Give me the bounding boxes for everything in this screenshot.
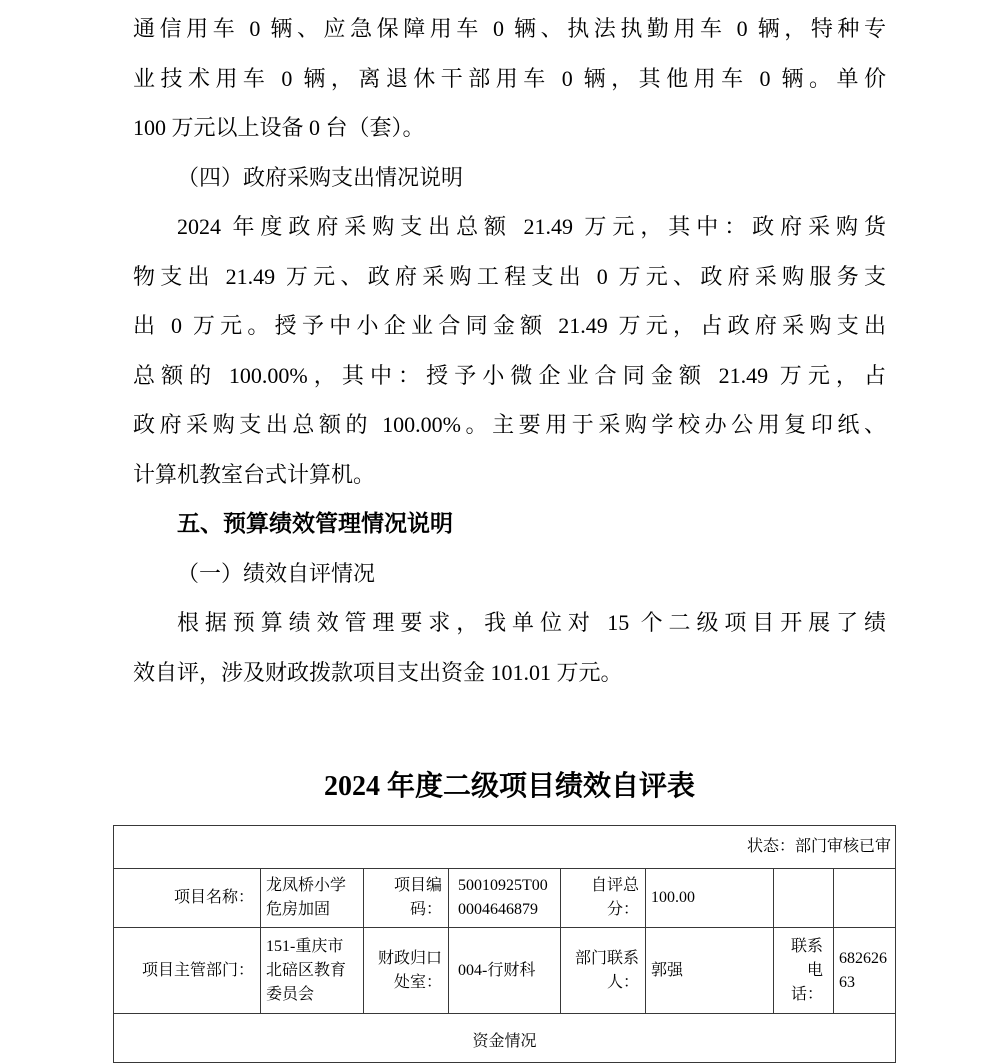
self-eval-score-value: 100.00: [646, 869, 774, 928]
subsection-heading-1: （一）绩效自评情况: [133, 549, 886, 599]
dept-value: 151-重庆市北碚区教育委员会: [261, 928, 364, 1014]
project-code-label: 项目编码：: [364, 869, 449, 928]
body-line: 通信用车 0 辆、应急保障用车 0 辆、执法执勤用车 0 辆，特种专: [133, 4, 886, 54]
project-name-value: 龙凤桥小学危房加固: [261, 869, 364, 928]
empty-cell: [774, 869, 834, 928]
body-line: 出 0 万元。授予中小企业合同金额 21.49 万元，占政府采购支出: [133, 301, 886, 351]
finance-office-value: 004-行财科: [449, 928, 561, 1014]
body-line: 计算机教室台式计算机。: [133, 450, 886, 500]
funding-section-header: 资金情况: [114, 1014, 896, 1063]
body-line: 业技术用车 0 辆，离退休干部用车 0 辆，其他用车 0 辆。单价: [133, 54, 886, 104]
body-line: 物支出 21.49 万元、政府采购工程支出 0 万元、政府采购服务支: [133, 252, 886, 302]
self-eval-table: 状态：部门审核已审 项目名称： 龙凤桥小学危房加固 项目编码： 50010925…: [113, 825, 896, 1063]
finance-office-label: 财政归口处室：: [364, 928, 449, 1014]
body-line: 效自评，涉及财政拨款项目支出资金 101.01 万元。: [133, 648, 886, 698]
body-line: 政府采购支出总额的 100.00%。主要用于采购学校办公用复印纸、: [133, 400, 886, 450]
status-badge: 状态：部门审核已审: [114, 826, 896, 869]
contact-phone-label: 联系电话：: [774, 928, 834, 1014]
table-title: 2024 年度二级项目绩效自评表: [133, 769, 886, 805]
project-code-value: 50010925T000004646879: [449, 869, 561, 928]
body-line: 根据预算绩效管理要求，我单位对 15 个二级项目开展了绩: [133, 598, 886, 648]
body-line: 2024 年度政府采购支出总额 21.49 万元，其中：政府采购货: [133, 202, 886, 252]
empty-cell: [834, 869, 896, 928]
document-body: 通信用车 0 辆、应急保障用车 0 辆、执法执勤用车 0 辆，特种专 业技术用车…: [133, 4, 886, 697]
dept-contact-value: 郭强: [646, 928, 774, 1014]
subsection-heading-4: （四）政府采购支出情况说明: [133, 153, 886, 203]
self-eval-score-label: 自评总分：: [561, 869, 646, 928]
table-row-funding-header: 资金情况: [114, 1014, 896, 1063]
table-row: 项目主管部门： 151-重庆市北碚区教育委员会 财政归口处室： 004-行财科 …: [114, 928, 896, 1014]
document-page: 通信用车 0 辆、应急保障用车 0 辆、执法执勤用车 0 辆，特种专 业技术用车…: [0, 0, 1000, 1064]
dept-contact-label: 部门联系人：: [561, 928, 646, 1014]
project-name-label: 项目名称：: [114, 869, 261, 928]
body-line: 总额的 100.00%，其中：授予小微企业合同金额 21.49 万元，占: [133, 351, 886, 401]
section-heading-5: 五、预算绩效管理情况说明: [133, 499, 886, 549]
body-line: 100 万元以上设备 0 台（套）。: [133, 103, 886, 153]
dept-label: 项目主管部门：: [114, 928, 261, 1014]
contact-phone-value: 68262663: [834, 928, 896, 1014]
table-row-status: 状态：部门审核已审: [114, 826, 896, 869]
table-row: 项目名称： 龙凤桥小学危房加固 项目编码： 50010925T000004646…: [114, 869, 896, 928]
